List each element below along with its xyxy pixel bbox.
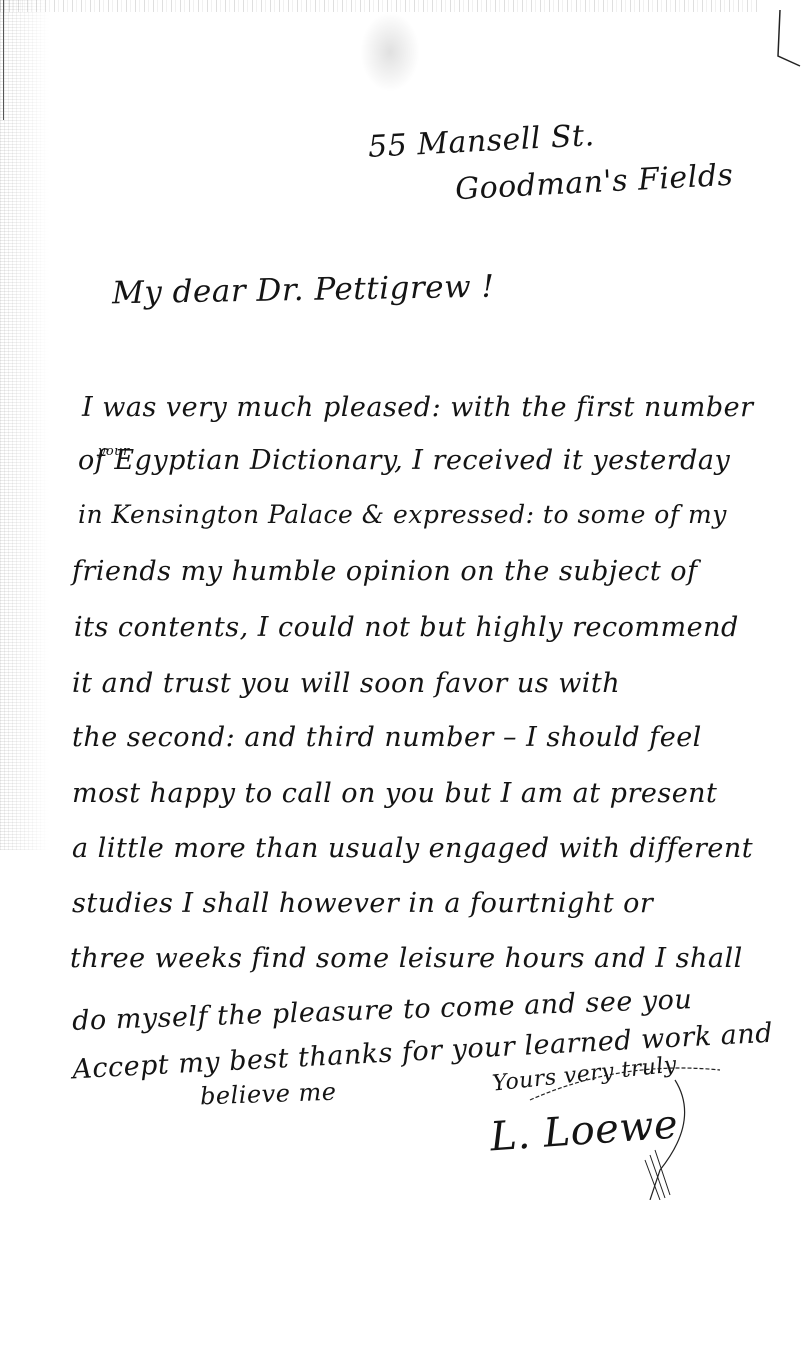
body-line: most happy to call on you but I am at pr… [72, 778, 717, 809]
letter-page: 55 Mansell St. Goodman's Fields My dear … [0, 0, 802, 1370]
scan-noise-top [0, 0, 760, 12]
body-line: friends my humble opinion on the subject… [72, 556, 698, 587]
address-line-1: 55 Mansell St. [367, 118, 595, 165]
body-line: in Kensington Palace & expressed: to som… [78, 500, 727, 529]
body-line: studies I shall however in a fourtnight … [72, 888, 653, 919]
scan-noise-left [0, 0, 50, 850]
body-line: a little more than usualy engaged with d… [72, 833, 753, 864]
address-line-2: Goodman's Fields [454, 158, 734, 208]
body-line: I was very much pleased: with the first … [82, 392, 754, 423]
scan-noise-patch [360, 12, 420, 92]
body-line: of Egyptian Dictionary, I received it ye… [78, 445, 730, 476]
body-line: it and trust you will soon favor us with [72, 668, 620, 699]
page-edge-line [3, 0, 4, 120]
signature-flourish-icon [500, 1050, 740, 1200]
corner-mark-icon [760, 8, 802, 68]
body-line: its contents, I could not but highly rec… [74, 612, 739, 643]
salutation: My dear Dr. Pettigrew ! [112, 269, 495, 312]
body-line: the second: and third number – I should … [72, 722, 702, 753]
body-line: believe me [200, 1078, 337, 1111]
body-line: three weeks find some leisure hours and … [70, 943, 743, 974]
